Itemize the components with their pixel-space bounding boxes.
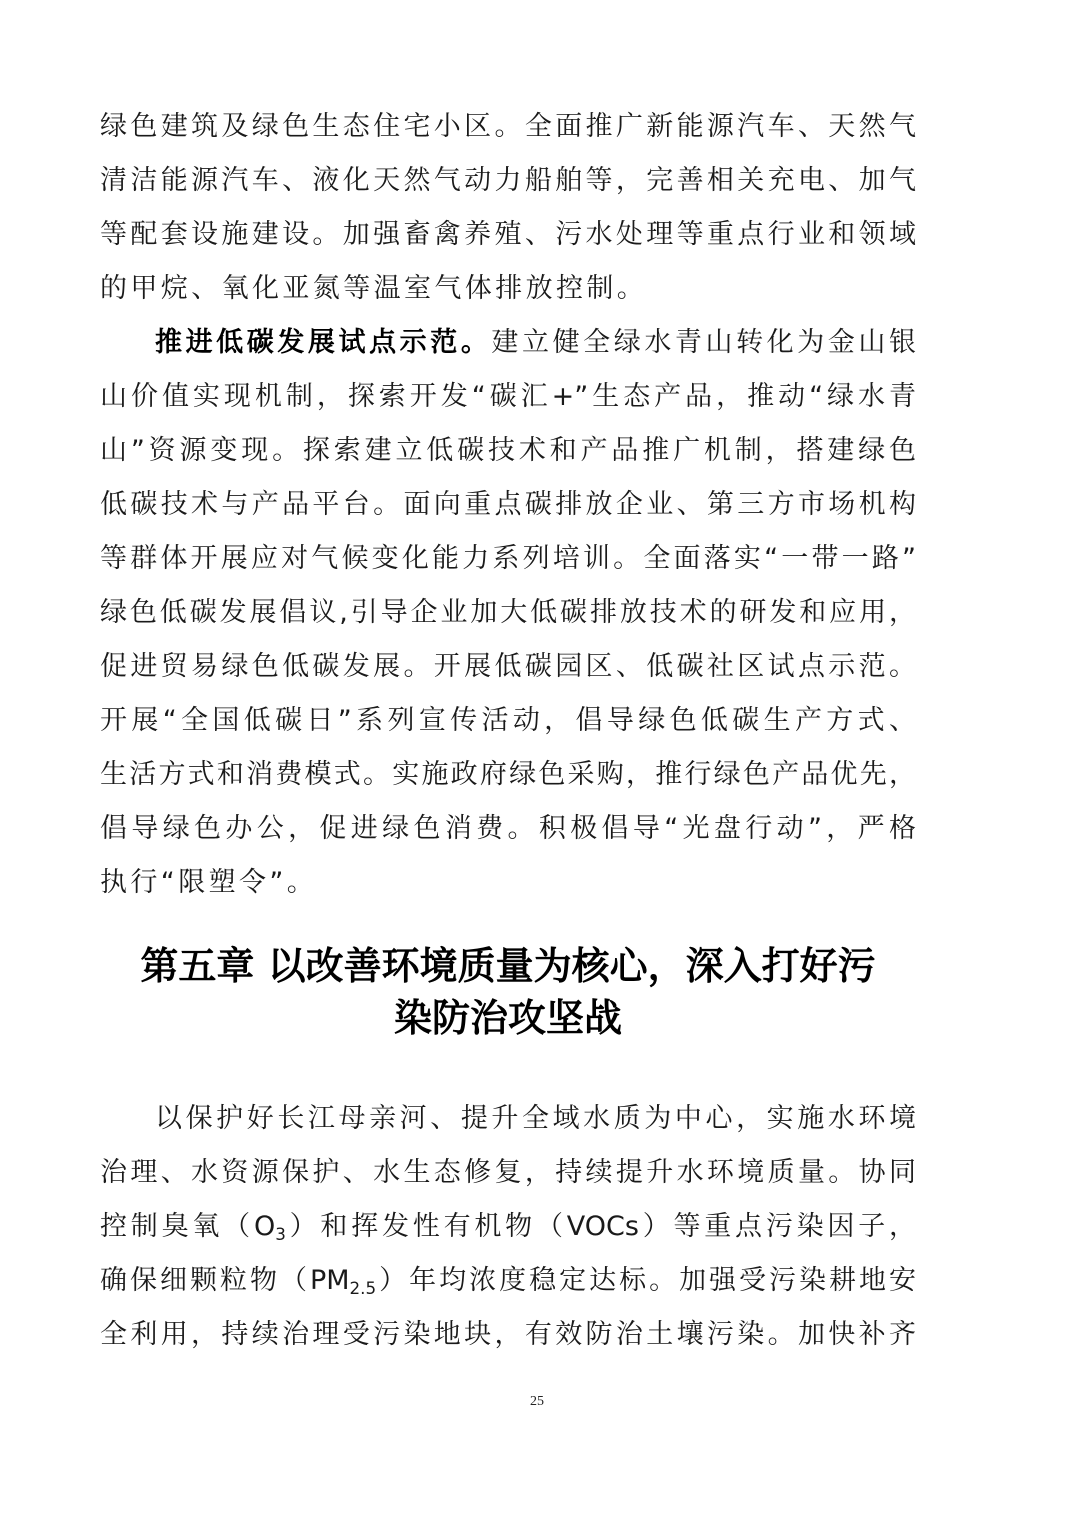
chapter-heading-line2: 染防治攻坚战 (100, 992, 916, 1044)
paragraph-line: 清洁能源汽车、液化天然气动力船舶等，完善相关充电、加气 (100, 154, 916, 208)
paragraph-line: 倡导绿色办公，促进绿色消费。积极倡导“光盘行动”，严格 (100, 802, 916, 856)
paragraph-line: 治理、水资源保护、水生态修复，持续提升水环境质量。协同 (100, 1146, 916, 1200)
paragraph-line: 促进贸易绿色低碳发展。开展低碳园区、低碳社区试点示范。 (100, 640, 916, 694)
paragraph-line: 绿色建筑及绿色生态住宅小区。全面推广新能源汽车、天然气 (100, 100, 916, 154)
paragraph-line: 控制臭氧（O3）和挥发性有机物（VOCs）等重点污染因子， (100, 1200, 916, 1254)
paragraph-line: 确保细颗粒物（PM2.5）年均浓度稳定达标。加强受污染耕地安 (100, 1254, 916, 1308)
paragraph-text: 确保细颗粒物（PM (100, 1265, 350, 1296)
paragraph-text: ）年均浓度稳定达标。加强受污染耕地安 (376, 1265, 916, 1296)
paragraph-line: 山”资源变现。探索建立低碳技术和产品推广机制，搭建绿色 (100, 424, 916, 478)
paragraph-line: 以保护好长江母亲河、提升全域水质为中心，实施水环境 (155, 1092, 916, 1146)
paragraph-line-with-lead: 推进低碳发展试点示范。建立健全绿水青山转化为金山银 (155, 316, 916, 370)
paragraph-line: 低碳技术与产品平台。面向重点碳排放企业、第三方市场机构 (100, 478, 916, 532)
paragraph-text: 建立健全绿水青山转化为金山银 (491, 327, 916, 358)
paragraph-line: 的甲烷、氧化亚氮等温室气体排放控制。 (100, 262, 916, 316)
paragraph-text: 控制臭氧（O (100, 1211, 275, 1242)
subscript: 2.5 (350, 1278, 377, 1298)
paragraph-text: ）和挥发性有机物（VOCs）等重点污染因子， (286, 1211, 916, 1242)
paragraph-line: 等配套设施建设。加强畜禽养殖、污水处理等重点行业和领域 (100, 208, 916, 262)
paragraph-line: 绿色低碳发展倡议,引导企业加大低碳排放技术的研发和应用， (100, 586, 916, 640)
paragraph-line: 全利用，持续治理受污染地块，有效防治土壤污染。加快补齐 (100, 1308, 916, 1362)
page-number: 25 (0, 1394, 1074, 1410)
chapter-heading-line1: 第五章 以改善环境质量为核心，深入打好污 (100, 940, 916, 992)
subscript: 3 (275, 1224, 286, 1244)
paragraph-line: 开展“全国低碳日”系列宣传活动，倡导绿色低碳生产方式、 (100, 694, 916, 748)
paragraph-line: 执行“限塑令”。 (100, 856, 916, 910)
bold-lead-heading: 推进低碳发展试点示范。 (155, 327, 491, 358)
paragraph-line: 山价值实现机制，探索开发“碳汇+”生态产品，推动“绿水青 (100, 370, 916, 424)
paragraph-line: 等群体开展应对气候变化能力系列培训。全面落实“一带一路” (100, 532, 916, 586)
paragraph-line: 生活方式和消费模式。实施政府绿色采购，推行绿色产品优先， (100, 748, 916, 802)
document-page: 绿色建筑及绿色生态住宅小区。全面推广新能源汽车、天然气 清洁能源汽车、液化天然气… (0, 0, 1074, 1520)
